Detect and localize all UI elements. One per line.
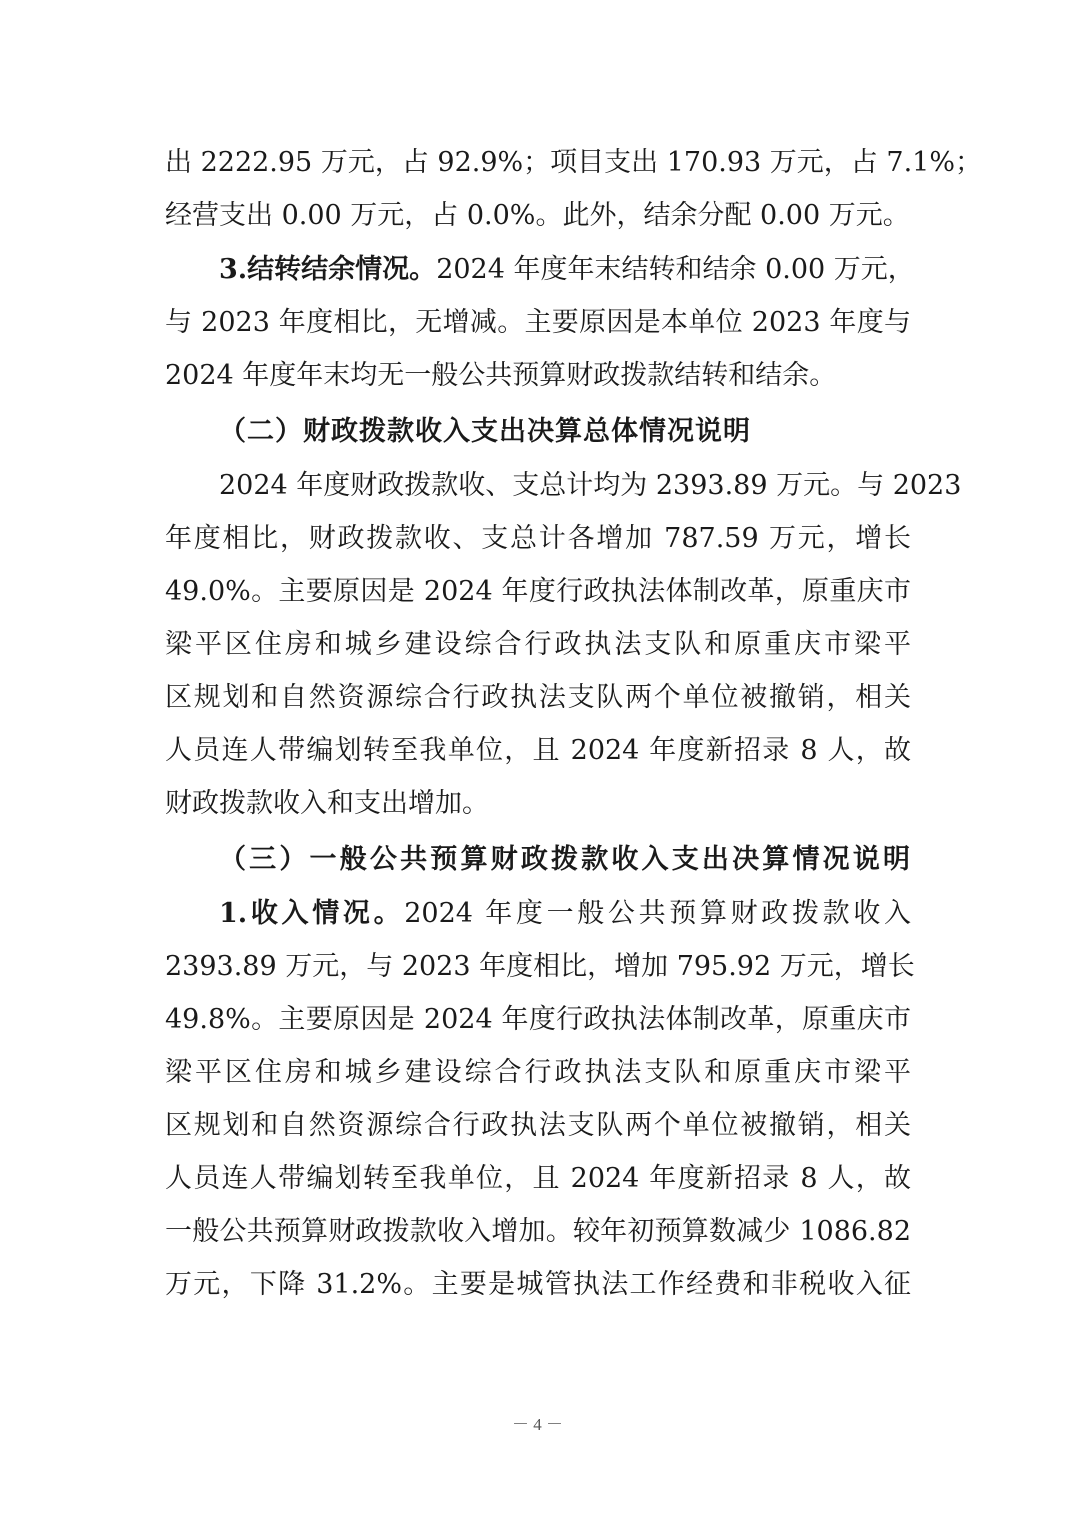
section-heading-3: （三）一般公共预算财政拨款收入支出决算情况说明 <box>219 840 911 880</box>
paragraph-line: 出 2222.95 万元，占 92.9%；项目支出 170.93 万元，占 7.… <box>165 143 911 183</box>
page-number: － 4 － <box>0 1410 1075 1435</box>
paragraph-line: 万元，下降 31.2%。主要是城管执法工作经费和非税收入征 <box>165 1265 911 1305</box>
paragraph-line: 2024 年度财政拨款收、支总计均为 2393.89 万元。与 2023 <box>219 466 911 506</box>
paragraph-line: 人员连人带编划转至我单位，且 2024 年度新招录 8 人，故 <box>165 731 911 771</box>
paragraph-line: 财政拨款收入和支出增加。 <box>165 784 911 824</box>
paragraph-line: 与 2023 年度相比，无增减。主要原因是本单位 2023 年度与 <box>165 303 911 343</box>
item-heading: 1.收入情况。 <box>219 898 404 929</box>
document-page: 出 2222.95 万元，占 92.9%；项目支出 170.93 万元，占 7.… <box>0 0 1075 1520</box>
item-heading: 3.结转结余情况。 <box>219 254 436 285</box>
section-item-carryover: 3.结转结余情况。2024 年度年末结转和结余 0.00 万元， <box>219 250 911 290</box>
section-heading-2: （二）财政拨款收入支出决算总体情况说明 <box>219 412 911 452</box>
paragraph-line: 2393.89 万元，与 2023 年度相比，增加 795.92 万元，增长 <box>165 947 911 987</box>
paragraph-line: 区规划和自然资源综合行政执法支队两个单位被撤销，相关 <box>165 678 911 718</box>
section-item-income: 1.收入情况。2024 年度一般公共预算财政拨款收入 <box>219 894 911 934</box>
paragraph-line: 梁平区住房和城乡建设综合行政执法支队和原重庆市梁平 <box>165 625 911 665</box>
paragraph-line: 梁平区住房和城乡建设综合行政执法支队和原重庆市梁平 <box>165 1053 911 1093</box>
paragraph-line: 经营支出 0.00 万元，占 0.0%。此外，结余分配 0.00 万元。 <box>165 196 911 236</box>
paragraph-line: 49.0%。主要原因是 2024 年度行政执法体制改革，原重庆市 <box>165 572 911 612</box>
paragraph-line: 49.8%。主要原因是 2024 年度行政执法体制改革，原重庆市 <box>165 1000 911 1040</box>
paragraph-line: 区规划和自然资源综合行政执法支队两个单位被撤销，相关 <box>165 1106 911 1146</box>
paragraph-line: 一般公共预算财政拨款收入增加。较年初预算数减少 1086.82 <box>165 1212 911 1252</box>
paragraph-line: 年度相比，财政拨款收、支总计各增加 787.59 万元，增长 <box>165 519 911 559</box>
paragraph-line: 2024 年度年末均无一般公共预算财政拨款结转和结余。 <box>165 356 911 396</box>
paragraph-line: 人员连人带编划转至我单位，且 2024 年度新招录 8 人，故 <box>165 1159 911 1199</box>
